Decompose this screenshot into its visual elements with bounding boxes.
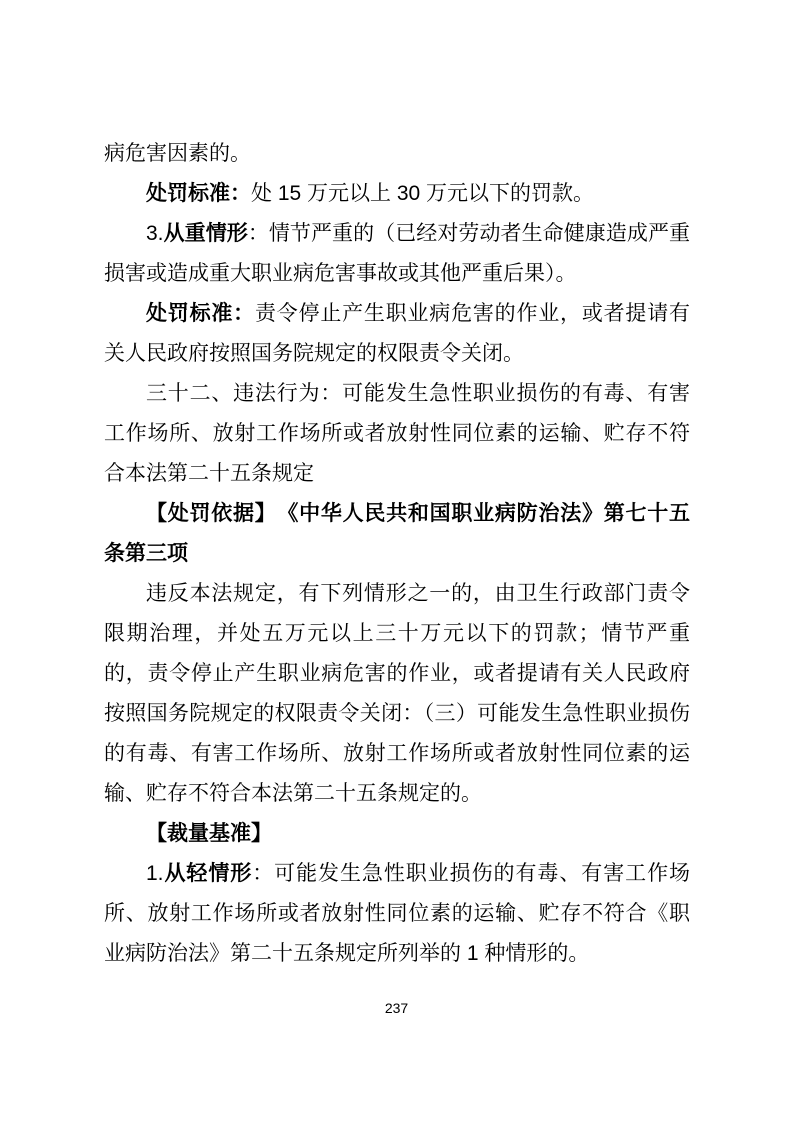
paragraph-penalty-standard-1: 处罚标准：处 15 万元以上 30 万元以下的罚款。 xyxy=(104,174,690,214)
paragraph-violation-32: 三十二、违法行为：可能发生急性职业损伤的有毒、有害工作场所、放射工作场所或者放射… xyxy=(104,374,690,494)
mitigating-label: 从轻情形 xyxy=(164,862,253,885)
paragraph-continuation: 病危害因素的。 xyxy=(104,134,690,174)
text-run: 违反本法规定，有下列情形之一的，由卫生行政部门责令限期治理，并处五万元以上三十万… xyxy=(104,582,690,805)
heading-penalty-basis: 【处罚依据】 《中华人民共和国职业病防治法》第七十五条第三项 xyxy=(104,494,690,574)
heading-discretion-benchmark: 【裁量基准】 xyxy=(104,814,690,854)
paragraph-penalty-standard-2: 处罚标准：责令停止产生职业病危害的作业，或者提请有关人民政府按照国务院规定的权限… xyxy=(104,294,690,374)
heading-run: 【裁量基准】 xyxy=(146,822,272,845)
aggravating-label: 从重情形 xyxy=(164,222,248,245)
paragraph-law-article-75: 违反本法规定，有下列情形之一的，由卫生行政部门责令限期治理，并处五万元以上三十万… xyxy=(104,574,690,814)
text-run: 三十二、违法行为：可能发生急性职业损伤的有毒、有害工作场所、放射工作场所或者放射… xyxy=(104,382,690,485)
document-page: 病危害因素的。 处罚标准：处 15 万元以上 30 万元以下的罚款。 3.从重情… xyxy=(0,0,793,1122)
penalty-standard-label: 处罚标准： xyxy=(146,302,255,325)
heading-run: 【处罚依据】 《中华人民共和国职业病防治法》第七十五条第三项 xyxy=(104,502,690,565)
item-number: 3. xyxy=(146,222,164,245)
document-body: 病危害因素的。 处罚标准：处 15 万元以上 30 万元以下的罚款。 3.从重情… xyxy=(104,134,690,974)
paragraph-aggravating-circumstance: 3.从重情形：情节严重的（已经对劳动者生命健康造成严重损害或造成重大职业病危害事… xyxy=(104,214,690,294)
item-number: 1. xyxy=(146,862,164,885)
penalty-standard-label: 处罚标准： xyxy=(146,182,251,205)
paragraph-mitigating-circumstance: 1.从轻情形：可能发生急性职业损伤的有毒、有害工作场所、放射工作场所或者放射性同… xyxy=(104,854,690,974)
page-number: 237 xyxy=(0,1000,793,1016)
text-run: 病危害因素的。 xyxy=(104,142,251,165)
text-run: 处 15 万元以上 30 万元以下的罚款。 xyxy=(251,182,594,205)
